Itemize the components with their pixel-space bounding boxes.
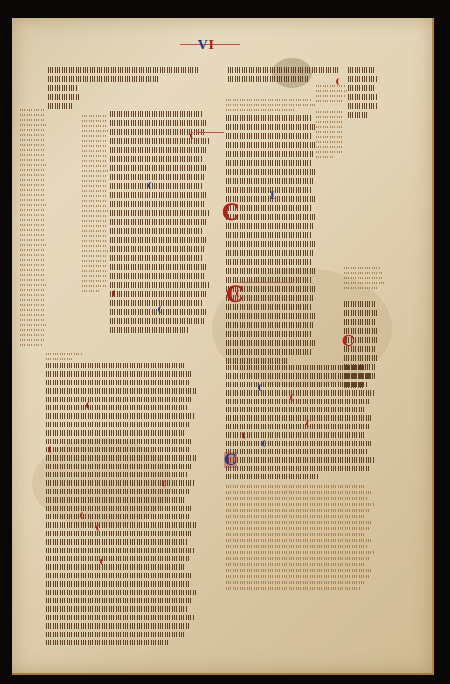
text-line: [344, 354, 378, 363]
red-paraph: [86, 402, 93, 409]
text-line: [226, 213, 318, 222]
text-line: [226, 114, 318, 123]
text-line: [46, 387, 198, 395]
text-line: [46, 446, 198, 454]
text-line: [110, 182, 210, 191]
red-paraph: [306, 420, 313, 427]
text-line: [110, 254, 210, 263]
text-line: [226, 249, 318, 258]
decorated-initial-C: C: [222, 202, 240, 224]
text-line: [226, 123, 318, 132]
left-bottom-gloss-head: [46, 352, 86, 362]
red-paraph: [336, 78, 343, 85]
red-paraph: [290, 394, 297, 401]
pen-flourish: [234, 282, 294, 283]
text-line: [48, 75, 212, 84]
text-line: [48, 66, 212, 75]
text-line: [46, 370, 198, 378]
text-line: [46, 496, 198, 504]
text-line: [46, 639, 198, 647]
text-line: [46, 379, 198, 387]
left-gloss-main-narrow: [48, 84, 80, 111]
text-line: [348, 84, 378, 93]
text-line: [110, 218, 210, 227]
text-line: [46, 580, 198, 588]
text-line: [110, 326, 210, 335]
red-paraph: [190, 132, 197, 139]
text-line: [226, 473, 376, 481]
red-paraph: [242, 432, 249, 439]
right-inner-gloss: [316, 110, 344, 160]
text-line: [46, 404, 198, 412]
text-line: [82, 289, 108, 294]
text-line: [110, 281, 210, 290]
right-gloss-under-top: [226, 98, 318, 113]
red-paraph: [112, 290, 119, 297]
text-line: [20, 343, 46, 348]
text-line: [46, 538, 198, 546]
text-line: [226, 348, 318, 357]
text-line: [226, 465, 376, 473]
text-line: [344, 318, 378, 327]
red-paraph: [48, 446, 55, 453]
text-line: [228, 75, 348, 84]
text-line: [48, 93, 80, 102]
text-line: [110, 227, 210, 236]
text-line: [46, 412, 198, 420]
text-line: [110, 191, 210, 200]
text-line: [226, 267, 318, 276]
text-line: [46, 605, 198, 613]
text-line: [226, 177, 318, 186]
text-line: [226, 222, 318, 231]
text-line: [46, 555, 198, 563]
text-line: [48, 84, 80, 93]
text-line: [348, 66, 378, 75]
text-line: [226, 321, 318, 330]
left-inner-gloss: [82, 114, 108, 294]
right-column-main-text: [226, 114, 318, 366]
text-line: [110, 290, 210, 299]
text-line: [226, 330, 318, 339]
text-line: [110, 155, 210, 164]
text-line: [226, 168, 318, 177]
text-line: [46, 429, 198, 437]
text-line: [46, 362, 198, 370]
text-line: [46, 597, 198, 605]
right-column-text-bottom: [226, 364, 376, 481]
decorated-initial-C: C: [224, 452, 237, 468]
text-line: [226, 108, 318, 113]
text-line: [110, 209, 210, 218]
text-line: [226, 440, 376, 448]
text-line: [46, 479, 198, 487]
red-paraph: [236, 290, 243, 297]
left-column-text-bottom: [46, 362, 198, 647]
blue-paraph: [258, 384, 265, 391]
text-line: [226, 231, 318, 240]
text-line: [46, 572, 198, 580]
text-line: [226, 398, 376, 406]
left-margin-gloss: [20, 108, 46, 348]
text-line: [226, 159, 318, 168]
text-line: [226, 364, 376, 372]
text-line: [228, 66, 348, 75]
blue-paraph: [158, 306, 165, 313]
right-bottom-gloss: [226, 484, 376, 592]
text-line: [110, 236, 210, 245]
right-margin-note: [344, 266, 384, 291]
left-column-text-top: [48, 66, 212, 84]
text-line: [226, 456, 376, 464]
text-line: [348, 75, 378, 84]
text-line: [110, 263, 210, 272]
text-line: [46, 530, 198, 538]
left-column-main-text: [110, 110, 210, 335]
text-line: [46, 513, 198, 521]
text-line: [46, 521, 198, 529]
text-line: [46, 505, 198, 513]
text-line: [344, 309, 378, 318]
text-line: [110, 272, 210, 281]
text-line: [226, 240, 318, 249]
text-line: [316, 155, 344, 160]
text-line: [110, 173, 210, 182]
folio-number: VI: [198, 38, 215, 52]
right-gloss-top: [316, 84, 348, 104]
text-line: [46, 614, 198, 622]
text-line: [46, 488, 198, 496]
text-line: [226, 150, 318, 159]
text-line: [110, 146, 210, 155]
text-line: [110, 110, 210, 119]
text-line: [226, 141, 318, 150]
text-line: [348, 111, 378, 120]
text-line: [226, 372, 376, 380]
text-line: [226, 339, 318, 348]
blue-paraph: [148, 182, 155, 189]
decorated-initial-C: C: [342, 334, 354, 349]
text-line: [46, 463, 198, 471]
text-line: [46, 438, 198, 446]
right-column-side-text: [348, 66, 378, 120]
text-line: [46, 357, 86, 362]
text-line: [226, 204, 318, 213]
text-line: [348, 102, 378, 111]
text-line: [110, 245, 210, 254]
text-line: [46, 622, 198, 630]
text-line: [226, 312, 318, 321]
text-line: [46, 454, 198, 462]
text-line: [46, 396, 198, 404]
text-line: [344, 286, 384, 291]
text-line: [46, 631, 198, 639]
text-line: [46, 547, 198, 555]
text-line: [46, 471, 198, 479]
text-line: [226, 406, 376, 414]
text-line: [226, 414, 376, 422]
text-line: [348, 93, 378, 102]
red-paraph: [96, 524, 103, 531]
red-paraph: [100, 558, 107, 565]
text-line: [226, 381, 376, 389]
red-paraph: [80, 512, 87, 519]
blue-initial-I: I: [270, 192, 275, 202]
pen-flourish: [196, 132, 224, 133]
text-line: [46, 589, 198, 597]
text-line: [226, 389, 376, 397]
text-line: [110, 200, 210, 209]
text-line: [110, 119, 210, 128]
text-line: [344, 300, 378, 309]
text-line: [110, 164, 210, 173]
text-line: [46, 563, 198, 571]
text-line: [226, 448, 376, 456]
text-line: [316, 99, 348, 104]
text-line: [226, 423, 376, 431]
text-line: [48, 102, 80, 111]
text-line: [110, 317, 210, 326]
text-line: [226, 258, 318, 267]
blue-paraph: [262, 440, 269, 447]
right-column-text-top: [228, 66, 348, 84]
text-line: [46, 421, 198, 429]
text-line: [226, 586, 376, 592]
text-line: [226, 132, 318, 141]
red-paraph: [162, 480, 169, 487]
